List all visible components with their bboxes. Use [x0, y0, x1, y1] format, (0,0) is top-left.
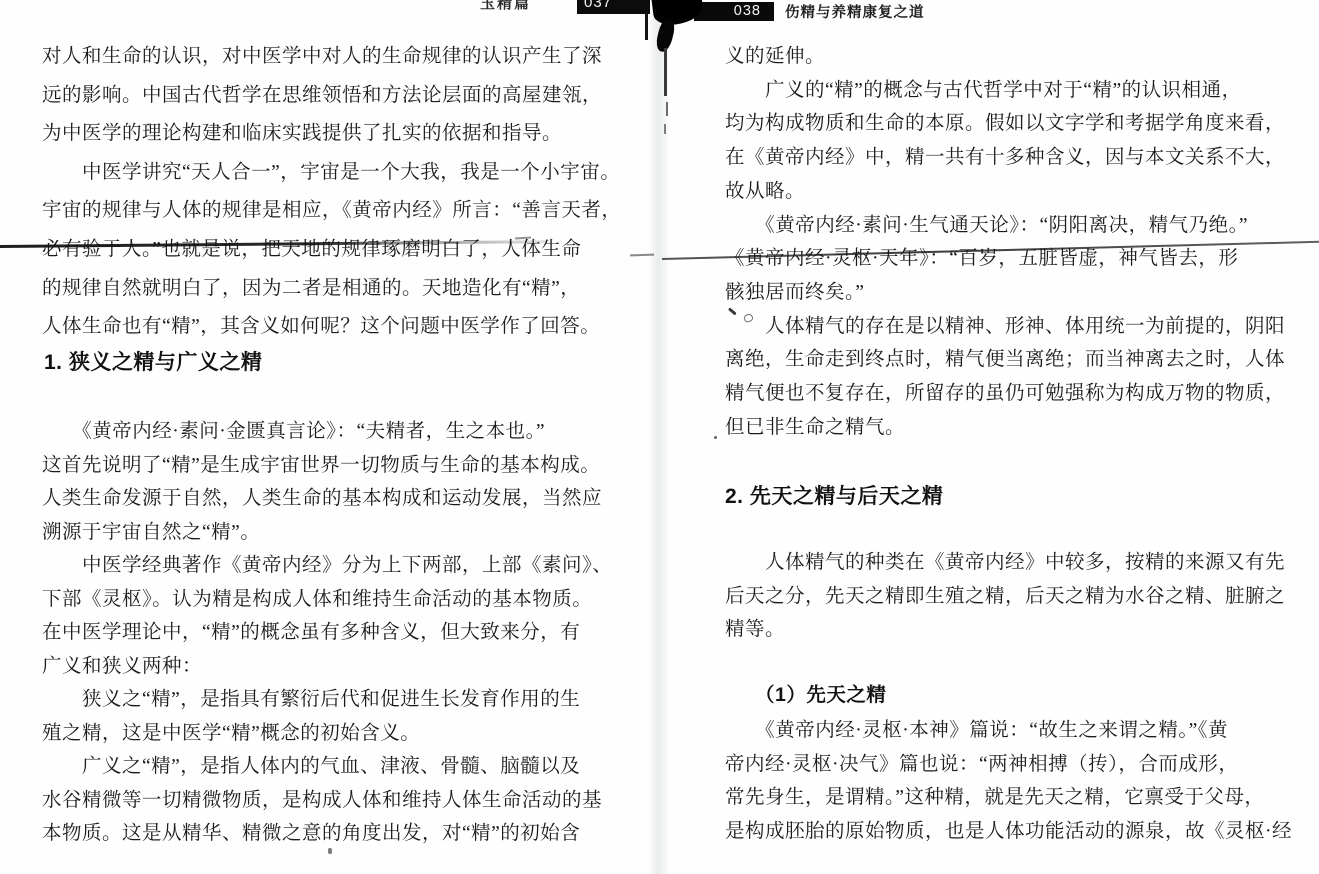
text-line: 为中医学的理论构建和临床实践提供了扎实的依据和指导。	[42, 115, 602, 154]
heading: 1. 狭义之精与广义之精	[44, 351, 262, 375]
text-line: 离绝，生命走到终点时，精气便当离绝；而当神离去之时，人体	[725, 343, 1285, 377]
binding-shadow-tick	[666, 102, 668, 116]
text-line: 下部《灵枢》。认为精是构成人体和维持生命活动的基本物质。	[42, 583, 602, 617]
text-line: 在《黄帝内经》中，精一共有十多种含义，因与本文关系不大，	[725, 141, 1285, 175]
text-line: 故从略。	[725, 175, 1285, 209]
text-line: 《黄帝内经·素问·金匮真言论》：“夫精者，生之本也。”	[42, 415, 602, 449]
paragraph: 人体精气的种类在《黄帝内经》中较多，按精的来源又有先后天之分，先天之精即生殖之精…	[725, 546, 1285, 647]
paragraph: 义的延伸。 广义的“精”的概念与古代哲学中对于“精”的认识相通，均为构成物质和生…	[725, 40, 1285, 444]
text-line: 是构成胚胎的原始物质，也是人体功能活动的源泉，故《灵枢·经	[725, 815, 1285, 849]
scan-speck	[714, 436, 717, 439]
text-line: 人类生命发源于自然，人类生命的基本构成和运动发展，当然应	[42, 482, 602, 516]
text-line: 帝内经·灵枢·决气》篇也说：“两神相搏（抟），合而成形，	[725, 748, 1285, 782]
right-page-body: 义的延伸。 广义的“精”的概念与古代哲学中对于“精”的认识相通，均为构成物质和生…	[668, 0, 1319, 874]
text-line: 均为构成物质和生命的本原。假如以文字学和考据学角度来看，	[725, 107, 1285, 141]
right-page: 义的延伸。 广义的“精”的概念与古代哲学中对于“精”的认识相通，均为构成物质和生…	[668, 0, 1319, 874]
text-line: 《黄帝内经·素问·生气通天论》：“阴阳离决，精气乃绝。”	[725, 209, 1285, 243]
text-line: 水谷精微等一切精微物质，是构成人体和维持人体生命活动的基	[42, 784, 602, 818]
text-line: 的规律自然就明白了，因为二者是相通的。天地造化有“精”，	[42, 270, 602, 309]
text-line: 后天之分，先天之精即生殖之精，后天之精为水谷之精、脏腑之	[725, 580, 1285, 614]
text-line: 义的延伸。	[725, 40, 1285, 74]
text-line: 人体精气的种类在《黄帝内经》中较多，按精的来源又有先	[725, 546, 1285, 580]
paragraph: 《黄帝内经·素问·金匮真言论》：“夫精者，生之本也。”这首先说明了“精”是生成宇…	[42, 415, 602, 851]
paragraph: 《黄帝内经·灵枢·本神》篇说：“故生之来谓之精。”《黄帝内经·灵枢·决气》篇也说…	[725, 714, 1285, 848]
text-line: 人体精气的存在是以精神、形神、体用统一为前提的，阴阳	[725, 310, 1285, 344]
text-line: 中医学讲究“天人合一”，宇宙是一个大我，我是一个小宇宙。	[42, 154, 602, 193]
text-line: 《黄帝内经·灵枢·天年》：“百岁，五脏皆虚，神气皆去，形	[725, 242, 1285, 276]
text-line: 常先身生，是谓精。”这种精，就是先天之精，它禀受于父母，	[725, 781, 1285, 815]
text-line: 骸独居而终矣。”	[725, 276, 1285, 310]
text-line: 本物质。这是从精华、精微之意的角度出发，对“精”的初始含	[42, 817, 602, 851]
text-line: 远的影响。中国古代哲学在思维领悟和方法论层面的高屋建瓴，	[42, 77, 602, 116]
text-line: 中医学经典著作《黄帝内经》分为上下两部，上部《素问》、	[42, 549, 602, 583]
text-line: 精气便也不复存在，所留存的虽仍可勉强称为构成万物的物质，	[725, 377, 1285, 411]
right-header-book-title: 伤精与养精康复之道	[785, 1, 925, 22]
text-line: 《黄帝内经·灵枢·本神》篇说：“故生之来谓之精。”《黄	[725, 714, 1285, 748]
left-page: 玉精篇 037 对人和生命的认识，对中医学中对人的生命规律的认识产生了深远的影响…	[0, 0, 652, 874]
book-scan-spread: 玉精篇 037 对人和生命的认识，对中医学中对人的生命规律的认识产生了深远的影响…	[0, 0, 1319, 874]
text-line: 狭义之“精”，是指具有繁衍后代和促进生长发育作用的生	[42, 683, 602, 717]
left-page-body: 对人和生命的认识，对中医学中对人的生命规律的认识产生了深远的影响。中国古代哲学在…	[0, 0, 652, 874]
text-line: 广义的“精”的概念与古代哲学中对于“精”的认识相通，	[725, 74, 1285, 108]
scan-speck	[328, 848, 332, 854]
binding-shadow-tick	[664, 124, 666, 134]
text-line: 宇宙的规律与人体的规律是相应，《黄帝内经》所言：“善言天者，	[42, 192, 602, 231]
text-line: 精等。	[725, 613, 1285, 647]
subheading: （1）先天之精	[725, 683, 886, 707]
text-line: 人体生命也有“精”，其含义如何呢？这个问题中医学作了回答。	[42, 308, 602, 347]
binding-shadow-tail	[664, 48, 667, 96]
text-line: 对人和生命的认识，对中医学中对人的生命规律的认识产生了深	[42, 38, 602, 77]
text-line: 殖之精，这是中医学“精”概念的初始含义。	[42, 717, 602, 751]
right-page-number-badge: 038	[694, 2, 774, 21]
right-page-number: 038	[734, 3, 761, 19]
text-line: 在中医学理论中，“精”的概念虽有多种含义，但大致来分，有	[42, 616, 602, 650]
text-line: 但已非生命之精气。	[725, 411, 1285, 445]
text-line: 广义和狭义两种：	[42, 650, 602, 684]
heading: 2. 先天之精与后天之精	[725, 485, 943, 509]
paragraph: 对人和生命的认识，对中医学中对人的生命规律的认识产生了深远的影响。中国古代哲学在…	[42, 38, 602, 347]
text-line: 溯源于宇宙自然之“精”。	[42, 516, 602, 550]
text-line: 广义之“精”，是指人体内的气血、津液、骨髓、脑髓以及	[42, 750, 602, 784]
text-line: 这首先说明了“精”是生成宇宙世界一切物质与生命的基本构成。	[42, 449, 602, 483]
